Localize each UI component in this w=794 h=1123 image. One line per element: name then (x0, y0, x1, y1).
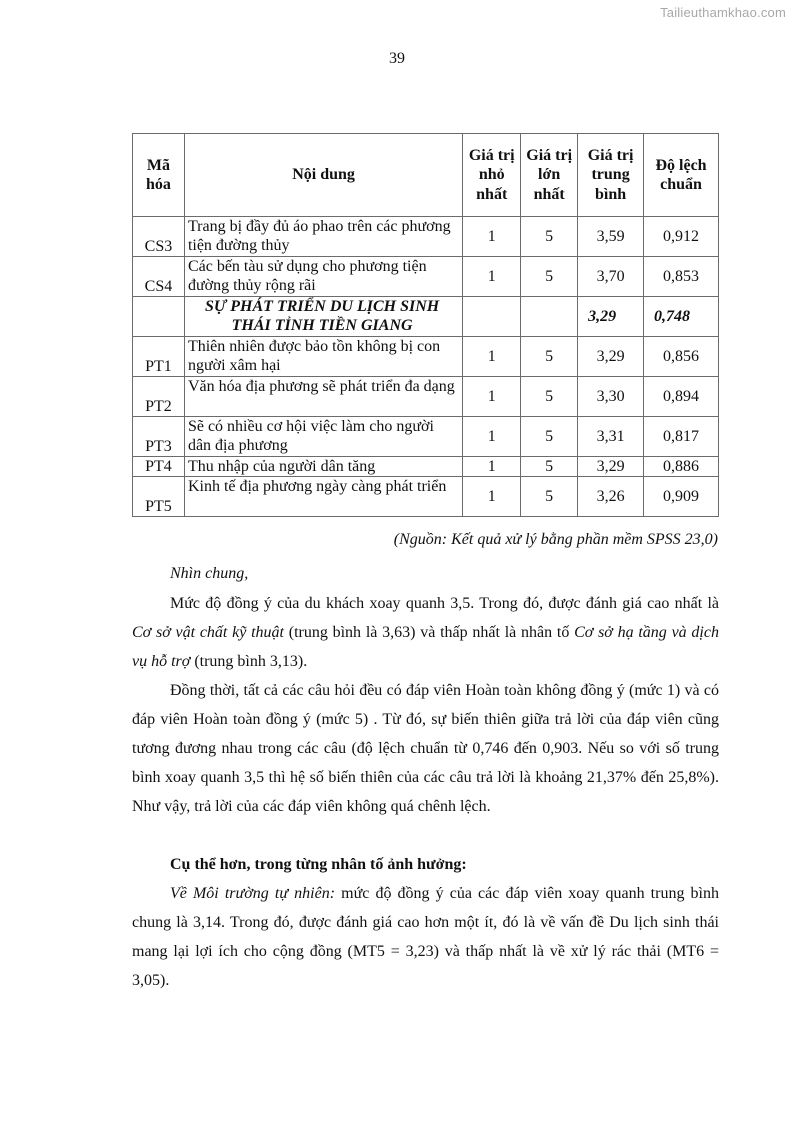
cell-min: 1 (463, 457, 521, 477)
header-mean: Giá trị trung bình (578, 134, 644, 217)
cell-sd: 0,856 (644, 337, 719, 377)
cell-sd: 0,886 (644, 457, 719, 477)
p1-italic1: Cơ sở vật chất kỹ thuật (132, 624, 284, 641)
page-number: 39 (0, 50, 794, 68)
cell-content: SỰ PHÁT TRIỂN DU LỊCH SINH THÁI TỈNH TIỀ… (184, 297, 462, 337)
paragraph-1-text: Mức độ đồng ý của du khách xoay quanh 3,… (132, 589, 719, 676)
table-row: CS3Trang bị đầy đủ áo phao trên các phươ… (133, 217, 719, 257)
table-group-row: SỰ PHÁT TRIỂN DU LỊCH SINH THÁI TỈNH TIỀ… (133, 297, 719, 337)
paragraph-2-text: Đồng thời, tất cả các câu hỏi đều có đáp… (132, 676, 719, 821)
header-min: Giá trị nhỏ nhất (463, 134, 521, 217)
cell-min: 1 (463, 377, 521, 417)
cell-content: Các bến tàu sử dụng cho phương tiện đườn… (184, 257, 462, 297)
header-sd: Độ lệch chuẩn (644, 134, 719, 217)
cell-mean: 3,30 (578, 377, 644, 417)
cell-min: 1 (463, 217, 521, 257)
cell-max: 5 (521, 337, 578, 377)
paragraph-1: Mức độ đồng ý của du khách xoay quanh 3,… (132, 589, 719, 676)
cell-sd: 0,894 (644, 377, 719, 417)
cell-code: PT3 (133, 417, 185, 457)
cell-mean: 3,29 (578, 457, 644, 477)
table-row: PT3Sẽ có nhiều cơ hội việc làm cho người… (133, 417, 719, 457)
cell-min: 1 (463, 477, 521, 517)
cell-max: 5 (521, 457, 578, 477)
cell-mean: 3,59 (578, 217, 644, 257)
header-max: Giá trị lớn nhất (521, 134, 578, 217)
cell-min: 1 (463, 257, 521, 297)
cell-code: PT1 (133, 337, 185, 377)
intro-line: Nhìn chung, (132, 559, 719, 588)
cell-sd: 0,817 (644, 417, 719, 457)
cell-mean: 3,29 (578, 337, 644, 377)
cell-min: 1 (463, 417, 521, 457)
header-content: Nội dung (184, 134, 462, 217)
sub-heading: Cụ thể hơn, trong từng nhân tố ảnh hưởng… (132, 850, 719, 879)
cell-sd: 0,853 (644, 257, 719, 297)
cell-sd: 0,909 (644, 477, 719, 517)
cell-code (133, 297, 185, 337)
cell-code: CS3 (133, 217, 185, 257)
cell-content: Thu nhập của người dân tăng (184, 457, 462, 477)
cell-mean: 3,70 (578, 257, 644, 297)
table-row: PT5Kinh tế địa phương ngày càng phát tri… (133, 477, 719, 517)
cell-mean: 3,31 (578, 417, 644, 457)
cell-content: Văn hóa địa phương sẽ phát triển đa dạng (184, 377, 462, 417)
cell-max: 5 (521, 417, 578, 457)
cell-sd: 0,748 (644, 297, 719, 337)
watermark: Tailieuthamkhao.com (660, 5, 786, 20)
header-code: Mã hóa (133, 134, 185, 217)
p3-italic: Về Môi trường tự nhiên: (170, 885, 335, 902)
table-body: CS3Trang bị đầy đủ áo phao trên các phươ… (133, 217, 719, 517)
cell-content: Sẽ có nhiều cơ hội việc làm cho người dâ… (184, 417, 462, 457)
table-row: CS4Các bến tàu sử dụng cho phương tiện đ… (133, 257, 719, 297)
cell-mean: 3,26 (578, 477, 644, 517)
cell-min: 1 (463, 337, 521, 377)
cell-code: PT5 (133, 477, 185, 517)
cell-content: Trang bị đầy đủ áo phao trên các phương … (184, 217, 462, 257)
cell-sd: 0,912 (644, 217, 719, 257)
p1-part2: (trung bình là 3,63) và thấp nhất là nhâ… (284, 624, 574, 641)
p1-part3: (trung bình 3,13). (190, 653, 307, 670)
cell-max: 5 (521, 477, 578, 517)
statistics-table: Mã hóa Nội dung Giá trị nhỏ nhất Giá trị… (132, 133, 719, 517)
cell-min (463, 297, 521, 337)
cell-code: CS4 (133, 257, 185, 297)
paragraph-3: Về Môi trường tự nhiên: mức độ đồng ý củ… (132, 879, 719, 995)
cell-max (521, 297, 578, 337)
cell-content: Kinh tế địa phương ngày càng phát triển (184, 477, 462, 517)
source-note: (Nguồn: Kết quả xử lý bằng phần mềm SPSS… (394, 531, 718, 549)
cell-content: Thiên nhiên được bảo tồn không bị con ng… (184, 337, 462, 377)
cell-mean: 3,29 (578, 297, 644, 337)
cell-max: 5 (521, 217, 578, 257)
table-header-row: Mã hóa Nội dung Giá trị nhỏ nhất Giá trị… (133, 134, 719, 217)
cell-max: 5 (521, 377, 578, 417)
table-row: PT1Thiên nhiên được bảo tồn không bị con… (133, 337, 719, 377)
intro-text: Nhìn chung, (132, 559, 719, 588)
table-row: PT4Thu nhập của người dân tăng153,290,88… (133, 457, 719, 477)
p1-part1: Mức độ đồng ý của du khách xoay quanh 3,… (170, 595, 719, 612)
table-row: PT2Văn hóa địa phương sẽ phát triển đa d… (133, 377, 719, 417)
sub-heading-text: Cụ thể hơn, trong từng nhân tố ảnh hưởng… (132, 850, 719, 879)
paragraph-3-text: Về Môi trường tự nhiên: mức độ đồng ý củ… (132, 879, 719, 995)
paragraph-2: Đồng thời, tất cả các câu hỏi đều có đáp… (132, 676, 719, 821)
cell-code: PT4 (133, 457, 185, 477)
cell-max: 5 (521, 257, 578, 297)
cell-code: PT2 (133, 377, 185, 417)
